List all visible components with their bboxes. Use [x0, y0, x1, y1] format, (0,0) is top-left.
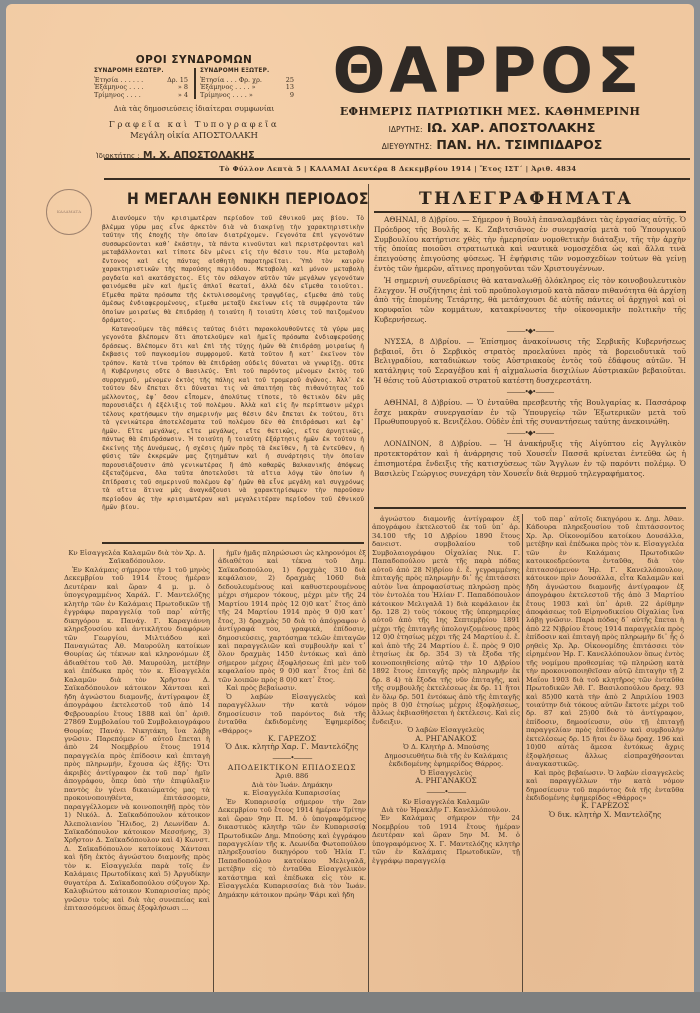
notice-paragraph: κ. Εἰσαγγελέα Κυπαρισσίας: [218, 789, 366, 797]
foreign-rates: ΣΥΝΔΡΟΜΗ ΕΞΩΤΕΡ. Ἐτησία . . . Φρ. χρ.25 …: [194, 68, 294, 99]
terms-title: ΟΡΟΙ ΣΥΝΔΡΟΜΩΝ: [94, 54, 294, 66]
column-divider: [522, 514, 523, 997]
legal-notices-column-3: ἀγνώστου διαμονῆς ἀντίγραφον ἐξ ἀπογράφο…: [372, 515, 520, 1000]
editorial-bottom-rule: [102, 542, 364, 544]
subscription-terms: ΟΡΟΙ ΣΥΝΔΡΟΜΩΝ ΣΥΝΔΡΟΜΗ ΕΣΩΤΕΡ. Ἐτησία .…: [94, 54, 294, 141]
notice-paragraph: Δημοσιευθήτω διὰ τῆς ἐν Καλάμαις ἐκδιδομ…: [372, 752, 520, 769]
telegram-item: ΝΥΣΣΑ, 8 Δ)βρίου. — Ἐπίσημος ἀνακοίνωσις…: [374, 337, 686, 386]
signature: Α. ΡΗΓΑΝΑΚΟΣ: [372, 777, 520, 785]
ornament-separator: ———•———: [372, 788, 520, 796]
legal-notices-column-4: τοῦ παρ᾽ αὐτοῖς δικηγόρου κ. Δημ. Ἀθαν. …: [526, 515, 684, 1000]
notice-paragraph: ἡμῖν ἡμᾶς πληρώσωσι ὡς κληρονόμοι ἐξ ἀδι…: [218, 549, 366, 684]
telegrams-rule: [374, 211, 686, 213]
newspaper-page: ΟΡΟΙ ΣΥΝΔΡΟΜΩΝ ΣΥΝΔΡΟΜΗ ΕΣΩΤΕΡ. Ἐτησία .…: [6, 4, 694, 1013]
ornament-separator: ———•———: [218, 754, 366, 762]
signature: Ὁ Δικ. κλητὴρ Χαρ. Γ. Μαντελόζης: [218, 743, 366, 751]
ornament-separator: ———•◆•———: [374, 429, 686, 437]
founder-line: ΙΔΡΥΤΗΣ: ΙΩ. ΧΑΡ. ΑΠΟΣΤΟΛΑΚΗΣ: [296, 120, 688, 135]
office-address: Μεγάλη οἰκία ΑΠΟΣΤΟΛΑΚΗ: [94, 131, 294, 141]
scan-edge: [0, 992, 700, 1013]
notice-paragraph: Διὰ τὸν Ἡρακλῆν Γ. Κανελλόπουλον.: [372, 806, 520, 814]
telegram-item: Ἡ σημερινὴ συνεδρίασις θὰ καταναλωθῇ ὁλό…: [374, 276, 686, 325]
telegram-item: ΛΟΝΔΙΝΟΝ, 8 Δ)βρίου. — Ἡ ἀνακήρυξις τῆς …: [374, 439, 686, 478]
domestic-rates: ΣΥΝΔΡΟΜΗ ΕΣΩΤΕΡ. Ἐτησία . . . . . .Δρ. 1…: [94, 68, 188, 99]
newspaper-subtitle: ΕΦΗΜΕΡΙΣ ΠΑΤΡΙΩΤΙΚΗ ΜΕΣ. ΚΑΘΗΜΕΡΙΝΗ: [294, 105, 686, 118]
legal-notices-column-2: ἡμῖν ἡμᾶς πληρώσωσι ὡς κληρονόμοι ἐξ ἀδι…: [218, 549, 366, 999]
notice-paragraph: Κν Εἰσαγγελέα Καλαμῶν: [372, 798, 520, 806]
ads-note: Διὰ τὰς δημοσιεύσεις ἰδιαίτεραι συμφωνία…: [94, 104, 294, 113]
notice-paragraph: Ὁ λαβὼν Εἰσαγγελεὺς καὶ παραγγέλλων τὴν …: [218, 693, 366, 735]
notice-paragraph: Καὶ πρὸς βεβαίωσιν. Ὁ λαβὼν εἰσαγγελεὺς …: [526, 769, 684, 803]
ornament-separator: ———•◆•———: [374, 388, 686, 396]
legal-notices-column-1: Κν Εἰσαγγελέα Καλαμῶν διὰ τὸν Χρ. Δ. Σαϊ…: [64, 549, 210, 999]
telegram-item: ΑΘΗΝΑΙ, 8 Δ)βρίου. — Σήμερον ἡ Βουλὴ ἐπα…: [374, 215, 686, 274]
masthead-rule: [104, 158, 690, 160]
dateline-rule: [104, 178, 690, 180]
notice-paragraph: Ἐν Καλάμαις σήμερον τὴν 1 τοῦ μηνὸς Δεκε…: [64, 566, 210, 913]
ornament-separator: ———•◆•———: [374, 327, 686, 335]
notice-paragraph: Διὰ τὸν Ἰωάν. Δημάκην: [218, 781, 366, 789]
column-divider: [368, 514, 369, 997]
issue-dateline: Τὸ Φύλλον Λεπτὰ 5 | ΚΑΛΑΜΑΙ Δευτέρα 8 Δε…: [106, 165, 690, 173]
signature: Α. ΡΗΓΑΝΑΚΟΣ: [372, 735, 520, 743]
column-divider: [213, 549, 214, 997]
signature: Ὁ δικ. κλητὴρ Χ. Μαντελόζης: [526, 811, 684, 819]
editorial-body: Διανύομεν τὴν κρισιμωτέραν περίοδον τοῦ …: [102, 215, 364, 540]
notice-paragraph: Ἐν Κυπαρισσίᾳ σήμερον τὴν 2αν Δεκεμβρίου…: [218, 798, 366, 899]
newspaper-title: ΘΑΡΡΟΣ: [288, 40, 688, 102]
notice-paragraph: Καὶ πρὸς βεβαίωσιν.: [218, 684, 366, 692]
editorial-paragraph: Διανύομεν τὴν κρισιμωτέραν περίοδον τοῦ …: [102, 215, 364, 326]
editorial-paragraph: Κατανοοῦμεν τὰς πάθεις ταύτας διότι παρα…: [102, 326, 364, 513]
offices-label: Γραφεῖα καὶ Τυπογραφεῖα: [94, 120, 294, 130]
telegram-item: ΑΘΗΝΑΙ, 8 Δ)βρίου. — Ὁ ἐνταῦθα πρεσβευτὴ…: [374, 398, 686, 427]
telegrams-body: ΑΘΗΝΑΙ, 8 Δ)βρίου. — Σήμερον ἡ Βουλὴ ἐπα…: [374, 215, 686, 505]
notice-heading: ΑΠΟΔΕΙΚΤΙΚΟΝ ΕΠΙΔΟΣΕΩΣ: [218, 764, 366, 772]
library-stamp: ΚΑΛΑΜΑΤΑ: [46, 189, 92, 235]
column-divider: [368, 184, 369, 539]
editorial-headline: Η ΜΕΓΑΛΗ ΕΘΝΙΚΗ ΠΕΡΙΟΔΟΣ: [127, 189, 347, 208]
notice-paragraph: Ἀριθ. 886: [218, 772, 366, 780]
telegrams-bottom-rule: [374, 507, 686, 509]
notice-paragraph: Ἐν Καλάμαις σήμερον τὴν 24 Νοεμβρίου τοῦ…: [372, 814, 520, 865]
notice-paragraph: Ὁ Δ. Κλητὴρ Δ. Μπούσης: [372, 743, 520, 751]
notice-paragraph: τοῦ παρ᾽ αὐτοῖς δικηγόρου κ. Δημ. Ἀθαν. …: [526, 515, 684, 769]
notice-paragraph: Κν Εἰσαγγελέα Καλαμῶν διὰ τὸν Χρ. Δ. Σαϊ…: [64, 549, 210, 566]
telegrams-headline: ΤΗΛΕΓΡΑΦΗΜΑΤΑ: [376, 189, 676, 209]
director-line: ΔΙΕΥΘΥΝΤΗΣ: ΠΑΝ. ΗΛ. ΤΣΙΜΠΙΔΑΡΟΣ: [296, 137, 688, 152]
notice-paragraph: ἀγνώστου διαμονῆς ἀντίγραφον ἐξ ἀπογράφο…: [372, 515, 520, 726]
